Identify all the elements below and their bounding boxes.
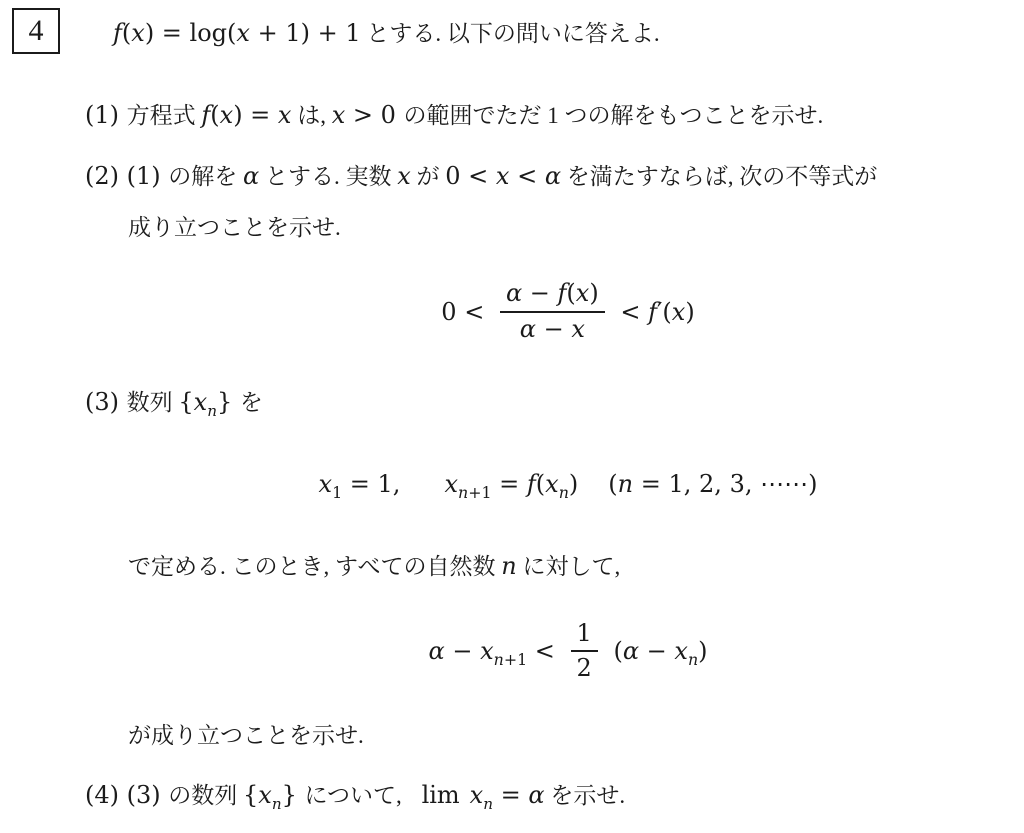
jp-text: とする. 実数 bbox=[259, 164, 397, 189]
question-3-tail: が成り立つことを示せ. bbox=[128, 719, 364, 753]
math-token: n bbox=[494, 650, 504, 669]
jp-text: について, bbox=[305, 783, 408, 808]
math-token: − bbox=[445, 637, 480, 665]
math-token: n bbox=[458, 483, 468, 502]
math-token: α bbox=[545, 162, 561, 190]
math-token: α bbox=[623, 637, 639, 665]
sequence-definition-formula: x1 = 1,xn+1 = f(xn)(n = 1, 2, 3, ⋯⋯) bbox=[85, 470, 1024, 499]
math-token: x bbox=[672, 298, 686, 326]
math-token: x bbox=[496, 162, 510, 190]
math-token: } bbox=[282, 781, 305, 809]
question-4: (4) (3) の数列 {xn} について, limxn = α を示せ. bbox=[85, 778, 625, 813]
math-token: n bbox=[501, 552, 516, 580]
math-token: n bbox=[207, 402, 217, 420]
item-label: (3) bbox=[85, 388, 127, 416]
math-token: 0 bbox=[441, 298, 464, 326]
math-token: x bbox=[480, 637, 494, 665]
subscript: 1 bbox=[332, 485, 342, 502]
math-token: f bbox=[113, 19, 122, 47]
math-token: { bbox=[243, 781, 258, 809]
problem-number-box: 4 bbox=[12, 8, 60, 54]
less-than-sign: < bbox=[464, 298, 492, 326]
math-token: α bbox=[506, 279, 522, 307]
jp-text: に対して, bbox=[517, 554, 621, 579]
math-token: x bbox=[220, 101, 234, 129]
math-token: } bbox=[217, 388, 240, 416]
math-token: α bbox=[243, 162, 259, 190]
subscript: n+1 bbox=[494, 652, 528, 669]
subscript: n bbox=[207, 403, 217, 420]
jp-text: の範囲でただ 1 つの解をもつことを示せ. bbox=[404, 103, 824, 128]
math-token: > 0 bbox=[345, 101, 403, 129]
math-token: α bbox=[520, 315, 536, 343]
math-token: ( bbox=[566, 279, 575, 307]
induction-inequality-formula: α − xn+1 < 12 (α − xn) bbox=[85, 622, 1024, 685]
jp-text: を満たすならば, 次の不等式が bbox=[561, 164, 877, 189]
subscript: n bbox=[483, 796, 493, 813]
math-token: < bbox=[509, 162, 544, 190]
term-index-range: (n = 1, 2, 3, ⋯⋯) bbox=[608, 472, 817, 498]
intro-line: f(x) = log(x + 1) + 1 とする. 以下の問いに答えよ. bbox=[113, 16, 660, 51]
math-token: x bbox=[194, 388, 208, 416]
math-token: f bbox=[527, 470, 536, 498]
jp-text: 数列 bbox=[127, 390, 179, 415]
question-1: (1) 方程式 f(x) = x は, x > 0 の範囲でただ 1 つの解をも… bbox=[85, 98, 823, 133]
math-token: ′( bbox=[657, 298, 672, 326]
math-token: n bbox=[618, 470, 633, 498]
math-token: n bbox=[688, 650, 698, 669]
math-token: x bbox=[319, 470, 333, 498]
fraction-denominator: 2 bbox=[571, 650, 598, 682]
math-token: = bbox=[493, 781, 528, 809]
display-formula-inequality: 0 < α − f(x)α − x < f′(x) bbox=[85, 282, 1024, 347]
fraction-numerator: 1 bbox=[571, 619, 598, 650]
math-token: f bbox=[201, 101, 210, 129]
term-x1: x1 = 1, bbox=[319, 472, 401, 498]
fraction-numerator: α − f(x) bbox=[500, 279, 605, 311]
limit-operator: lim bbox=[422, 781, 460, 809]
math-token: x bbox=[576, 279, 590, 307]
math-token: = bbox=[492, 470, 527, 498]
problem-number: 4 bbox=[29, 14, 44, 48]
jp-text: の解を bbox=[168, 164, 243, 189]
math-token: +1 bbox=[504, 650, 527, 669]
math-token: ( bbox=[536, 470, 545, 498]
item-label: (2) (1) bbox=[85, 162, 168, 190]
math-token: + 1) + 1 bbox=[250, 19, 361, 47]
math-token: x bbox=[397, 162, 411, 190]
item-label: (4) (3) bbox=[85, 781, 168, 809]
jp-text: の数列 bbox=[168, 783, 243, 808]
jp-text: で定める. このとき, すべての自然数 bbox=[128, 554, 501, 579]
math-token: f bbox=[648, 298, 657, 326]
math-token: n bbox=[272, 795, 282, 813]
fraction-one-half: 12 bbox=[571, 619, 598, 682]
math-token: x bbox=[545, 470, 559, 498]
math-token: 0 < bbox=[445, 162, 496, 190]
math-token: ) bbox=[685, 298, 694, 326]
math-token: α bbox=[428, 637, 444, 665]
jp-text: 成り立つことを示せ. bbox=[128, 215, 341, 240]
math-token: x bbox=[571, 315, 585, 343]
jp-text: 方程式 bbox=[127, 103, 202, 128]
math-token: n bbox=[559, 483, 569, 502]
math-token: x bbox=[131, 19, 145, 47]
math-token: x bbox=[332, 101, 346, 129]
term-recurrence: xn+1 = f(xn) bbox=[444, 472, 578, 498]
math-token: α bbox=[528, 781, 544, 809]
math-token: x bbox=[674, 637, 688, 665]
item-label: (1) bbox=[85, 101, 127, 129]
question-3: (3) 数列 {xn} を bbox=[85, 385, 263, 420]
question-2-line-2: 成り立つことを示せ. bbox=[128, 211, 341, 245]
jp-text: が bbox=[411, 164, 446, 189]
subscript: n+1 bbox=[458, 485, 492, 502]
math-token: − bbox=[536, 315, 571, 343]
math-token: ) = log( bbox=[145, 19, 237, 47]
math-token: = 1, bbox=[342, 470, 400, 498]
math-token: = 1, 2, 3, ⋯⋯) bbox=[633, 470, 817, 498]
fraction-denominator: α − x bbox=[500, 311, 605, 344]
fraction: α − f(x)α − x bbox=[500, 279, 605, 344]
math-token: − bbox=[639, 637, 674, 665]
jp-text: が成り立つことを示せ. bbox=[128, 723, 364, 748]
math-token: { bbox=[178, 388, 193, 416]
math-token: ) = bbox=[233, 101, 278, 129]
question-3-continuation: で定める. このとき, すべての自然数 n に対して, bbox=[128, 549, 620, 584]
subscript: n bbox=[559, 485, 569, 502]
less-than-sign: < bbox=[613, 298, 648, 326]
subscript: n bbox=[688, 652, 698, 669]
math-token: ( bbox=[608, 470, 617, 498]
math-token: ( bbox=[210, 101, 219, 129]
math-token: n bbox=[483, 795, 493, 813]
math-token: x bbox=[258, 781, 272, 809]
jp-text: を bbox=[240, 390, 263, 415]
math-token: ) bbox=[589, 279, 598, 307]
math-token: x bbox=[444, 470, 458, 498]
math-token: x bbox=[236, 19, 250, 47]
math-token: +1 bbox=[468, 483, 491, 502]
math-token: x bbox=[470, 781, 484, 809]
math-token: ( bbox=[122, 19, 131, 47]
math-token: ) bbox=[569, 470, 578, 498]
math-token: − bbox=[522, 279, 557, 307]
subscript: n bbox=[272, 796, 282, 813]
math-token: ( bbox=[606, 637, 623, 665]
intro-text: とする. 以下の問いに答えよ. bbox=[361, 21, 660, 46]
jp-text: は, bbox=[291, 103, 331, 128]
math-token: ) bbox=[698, 637, 707, 665]
jp-text: を示せ. bbox=[545, 783, 626, 808]
question-2-line-1: (2) (1) の解を α とする. 実数 x が 0 < x < α を満たす… bbox=[85, 159, 877, 194]
math-problem-page: 4 f(x) = log(x + 1) + 1 とする. 以下の問いに答えよ. … bbox=[0, 0, 1024, 833]
math-token: 1 bbox=[332, 483, 342, 502]
math-token: x bbox=[278, 101, 292, 129]
less-than-sign: < bbox=[527, 637, 562, 665]
